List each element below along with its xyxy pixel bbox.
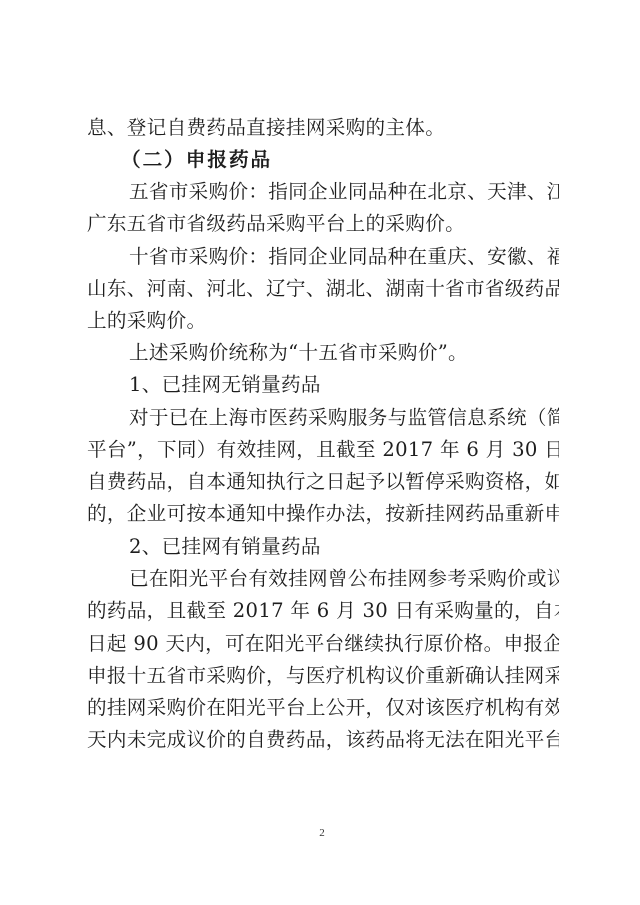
paragraph-line: 十省市采购价：指同企业同品种在重庆、安徽、福建、江西、: [129, 245, 559, 269]
paragraph-line: 的，企业可按本通知中操作办法，按新挂网药品重新申报挂网。: [87, 502, 559, 526]
paragraph-line: 的药品，且截至 2017 年 6 月 30 日有采购量的，自本通知发布之: [87, 599, 559, 623]
paragraph-line: 对于已在上海市医药采购服务与监管信息系统（简称“阳光: [129, 406, 559, 430]
paragraph-line: 已在阳光平台有效挂网曾公布挂网参考采购价或议价成功: [129, 567, 559, 591]
section-heading: （二）申报药品: [121, 148, 593, 172]
paragraph-line: 上的采购价。: [87, 309, 559, 333]
paragraph-line: 天内未完成议价的自费药品，该药品将无法在阳光平台进行采购，: [87, 728, 559, 752]
subsection-heading: 2、已挂网有销量药品: [129, 535, 559, 559]
paragraph-line: 的挂网采购价在阳光平台上公开，仅对该医疗机构有效。在 90: [87, 696, 559, 720]
paragraph-line: 广东五省市省级药品采购平台上的采购价。: [87, 212, 559, 236]
page-number: 2: [316, 826, 328, 840]
paragraph-line: 自费药品，自本通知执行之日起予以暂停采购资格，如确需采购: [87, 470, 559, 494]
paragraph-line: 山东、河南、河北、辽宁、湖北、湖南十省市省级药品采购平台: [87, 277, 559, 301]
paragraph-line: 五省市采购价：指同企业同品种在北京、天津、江苏、浙江、: [129, 180, 559, 204]
paragraph-line: 平台”，下同）有效挂网，且截至 2017 年 6 月 30 日无采购量的: [87, 438, 559, 462]
paragraph-line: 申报十五省市采购价，与医疗机构议价重新确认挂网采购价，新: [87, 664, 559, 688]
subsection-heading: 1、已挂网无销量药品: [129, 373, 559, 397]
paragraph-line: 上述采购价统称为“十五省市采购价”。: [129, 341, 559, 365]
paragraph-line: 息、登记自费药品直接挂网采购的主体。: [87, 116, 559, 140]
paragraph-line: 日起 90 天内，可在阳光平台继续执行原价格。申报企业需尽快: [87, 632, 559, 656]
document-page: 息、登记自费药品直接挂网采购的主体。 （二）申报药品 五省市采购价：指同企业同品…: [0, 0, 640, 905]
